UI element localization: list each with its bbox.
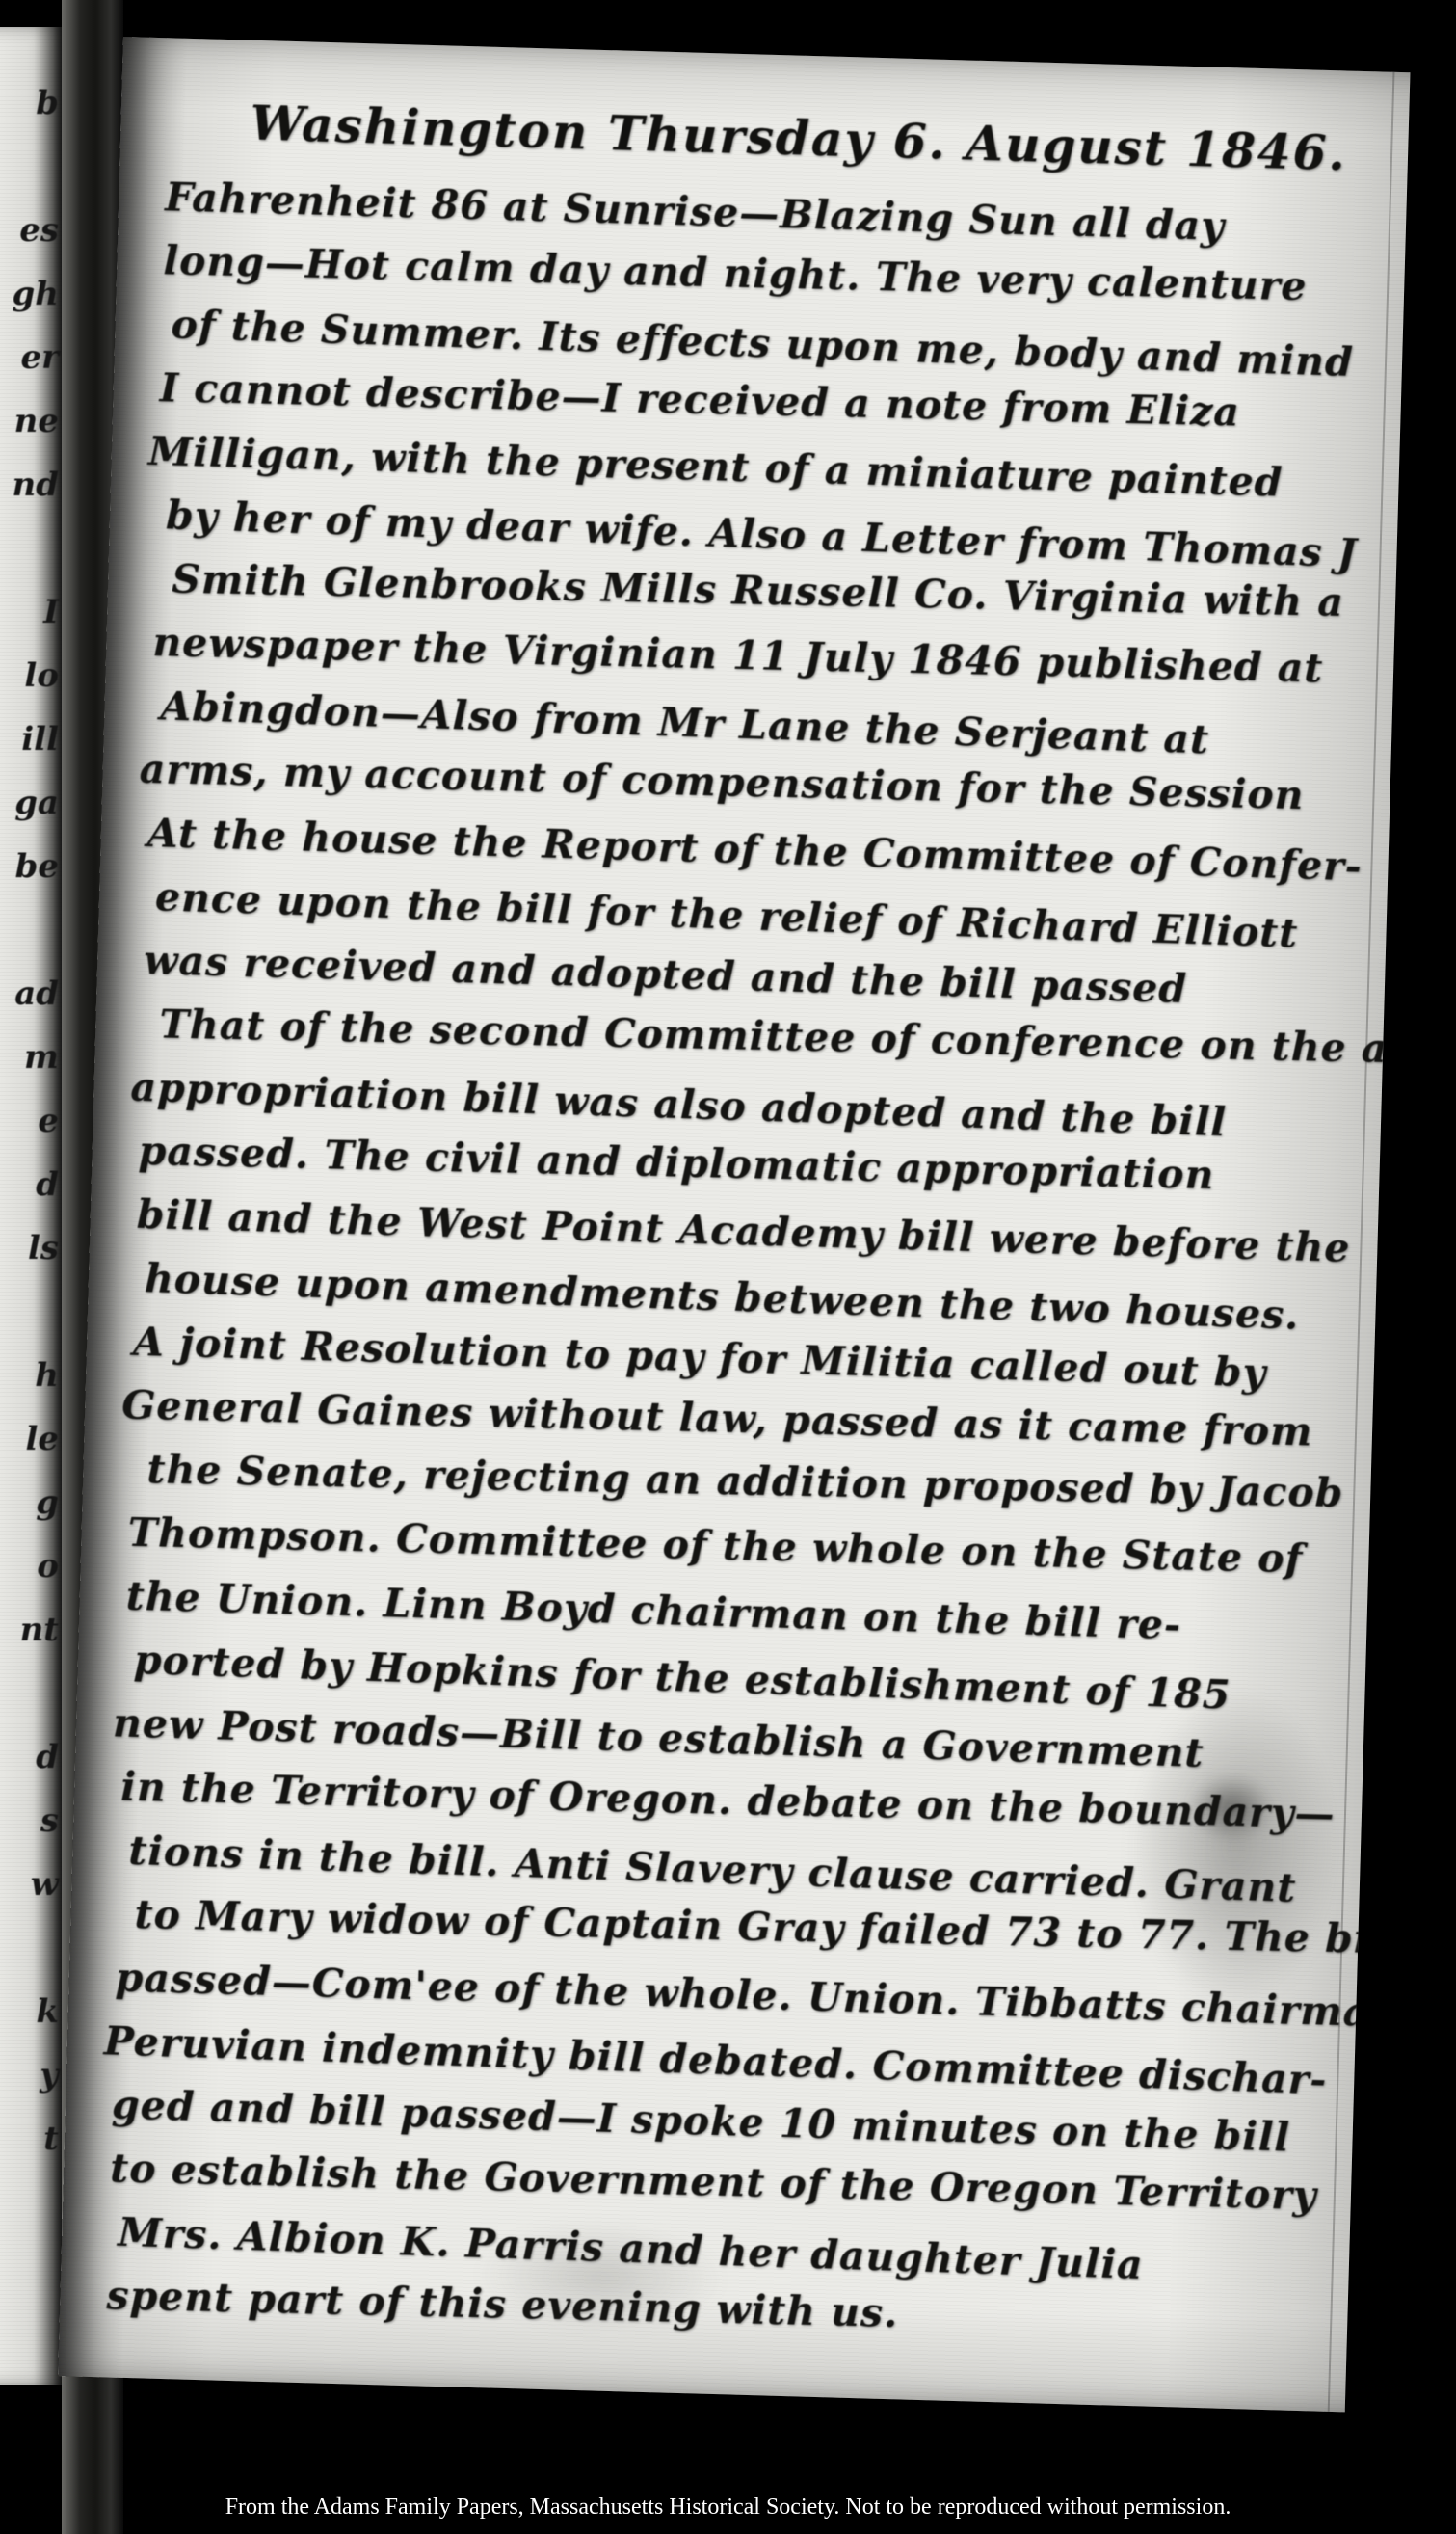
handwriting-fragment — [0, 517, 62, 580]
handwriting-fragment — [0, 2171, 62, 2234]
caption-band: From the Adams Family Papers, Massachuse… — [0, 2467, 1456, 2534]
handwriting-fragment: e — [0, 1089, 62, 1153]
handwriting-fragment: y — [0, 2043, 62, 2107]
handwriting-fragment: I — [0, 580, 62, 644]
handwriting-fragment: ne — [0, 389, 62, 453]
handwriting-fragment — [0, 135, 62, 199]
handwriting-fragment: b — [0, 71, 62, 135]
handwriting-fragment: ad — [0, 962, 62, 1026]
handwriting-fragment — [0, 898, 62, 962]
handwriting-fragment: k — [0, 1980, 62, 2043]
handwriting-fragment: s — [0, 1789, 62, 1853]
handwriting-fragment: ls — [0, 1216, 62, 1280]
opposite-page-sliver: besghernendIloillgabeadmedlshlegontdswky… — [0, 27, 62, 2385]
manuscript-page: Washington Thursday 6. August 1846. Fahr… — [58, 37, 1410, 2412]
handwriting-fragment: o — [0, 1534, 62, 1598]
handwriting-fragment: d — [0, 1725, 62, 1789]
handwriting-fragment: ill — [0, 707, 62, 771]
handwriting-fragment: gh — [0, 262, 62, 326]
handwriting-fragment: nt — [0, 1598, 62, 1662]
handwriting-fragment — [0, 1280, 62, 1344]
handwriting-fragment: h — [0, 1344, 62, 1407]
handwriting-fragment — [0, 1662, 62, 1725]
handwriting-fragment: er — [0, 326, 62, 389]
handwriting-fragment — [0, 1916, 62, 1980]
handwriting-fragment: le — [0, 1407, 62, 1471]
archive-caption: From the Adams Family Papers, Massachuse… — [0, 2494, 1456, 2521]
opposite-page-fragments: besghernendIloillgabeadmedlshlegontdswky… — [0, 27, 62, 2234]
handwriting-fragment: g — [0, 1471, 62, 1534]
handwriting-fragment: be — [0, 835, 62, 898]
diary-entry-body: Fahrenheit 86 at Sunrise—Blazing Sun all… — [106, 165, 1390, 2361]
handwriting-fragment: es — [0, 199, 62, 262]
handwriting-fragment: m — [0, 1026, 62, 1089]
handwriting-fragment: ga — [0, 771, 62, 835]
handwriting-fragment: d — [0, 1153, 62, 1216]
handwriting-fragment: t — [0, 2107, 62, 2171]
manuscript-text: Washington Thursday 6. August 1846. Fahr… — [106, 76, 1392, 2361]
handwriting-fragment: lo — [0, 644, 62, 707]
handwriting-fragment: nd — [0, 453, 62, 517]
handwriting-fragment: w — [0, 1853, 62, 1916]
scanned-document: besghernendIloillgabeadmedlshlegontdswky… — [0, 0, 1456, 2534]
